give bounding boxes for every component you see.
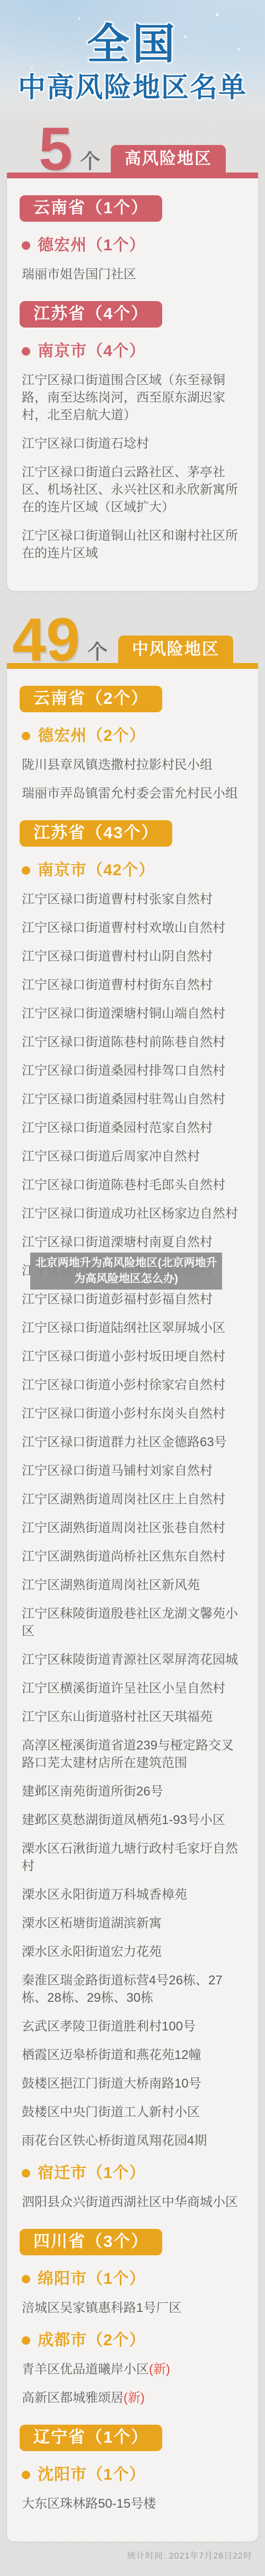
risk-area-text: 秦淮区瑞金路街道标营4号26栋、27栋、28栋、29栋、30栋	[22, 1973, 223, 2005]
risk-area-text: 江宁区禄口街道马铺村刘家自然村	[22, 1464, 213, 1478]
risk-area-item: 江宁区湖熟街道周岗社区庄上自然村	[22, 1491, 243, 1508]
risk-area-item: 江宁区禄口街道成功社区杨家边自然村	[22, 1205, 243, 1222]
risk-area-text: 江宁区禄口街道曹村村山阴自然村	[22, 949, 213, 964]
risk-area-text: 建邺区南苑街道所街26号	[22, 1784, 163, 1799]
risk-area-item: 陇川县章凤镇迭撒村拉影村民小组	[22, 756, 243, 774]
risk-area-item: 江宁区湖熟街道周岗社区新风苑	[22, 1576, 243, 1594]
city-row: 宿迁市（1个）	[22, 2164, 243, 2182]
bullet-icon	[22, 2275, 30, 2283]
risk-area-item: 江宁区禄口街道群力社区金德路63号	[22, 1434, 243, 1451]
bullet-icon	[22, 2471, 30, 2479]
risk-area-item: 江宁区湖熟街道尚桥社区焦东自然村	[22, 1548, 243, 1565]
risk-area-text: 江宁区禄口街道小彭村坂田埂自然村	[22, 1349, 225, 1364]
province-label: 四川省（3个）	[20, 2229, 162, 2255]
risk-area-item: 高新区都城雅颂居(新)	[22, 2389, 243, 2407]
bullet-icon	[22, 2169, 30, 2178]
risk-area-text: 江宁区东山街道骆村社区天琪福苑	[22, 1710, 213, 1724]
city-name: 德宏州（2个）	[38, 727, 146, 745]
risk-area-item: 江宁区禄口街道小彭村坂田埂自然村	[22, 1348, 243, 1365]
province-label: 云南省（2个）	[20, 686, 162, 712]
risk-area-item: 江宁区禄口街道小彭村东岗头自然村	[22, 1405, 243, 1422]
watermark-overlay: 北京两地升为高风险地区(北京两地升为高风险地区怎么办)	[30, 1253, 222, 1290]
province-block: 江苏省（43个）南京市（42个）江宁区禄口街道曹村村张家自然村江宁区禄口街道曹村…	[22, 820, 243, 2211]
risk-area-item: 江宁区禄口街道围合区域（东至禄铜路，南至达练岗河，西至原东湖迟家村，北至启航大道…	[22, 371, 243, 424]
bullet-icon	[22, 241, 30, 250]
risk-area-text: 江宁区禄口街道桑园村驻驾山自然村	[22, 1092, 225, 1106]
risk-area-text: 鼓楼区挹江门街道大桥南路10号	[22, 2076, 201, 2091]
new-badge: (新)	[149, 2362, 170, 2377]
risk-area-item: 江宁区禄口街道桑园村驻驾山自然村	[22, 1091, 243, 1108]
risk-area-item: 江宁区禄口街道溧塘村南夏自然村	[22, 1233, 243, 1251]
city-row: 德宏州（1个）	[22, 237, 243, 255]
medium-risk-banner: 49 个 中风险地区	[0, 616, 265, 663]
high-risk-banner-label: 高风险地区	[111, 145, 226, 173]
medium-risk-section: 49 个 中风险地区 云南省（2个）德宏州（2个）陇川县章凤镇迭撒村拉影村民小组…	[0, 616, 265, 2542]
risk-area-item: 玄武区孝陵卫街道胜利村100号	[22, 2018, 243, 2035]
risk-area-item: 瑞丽市弄岛镇雷允村委会雷允村民小组	[22, 785, 243, 802]
bullet-icon	[22, 2336, 30, 2345]
risk-area-text: 鼓楼区中央门街道工人新村小区	[22, 2105, 200, 2119]
risk-area-text: 栖霞区迈皋桥街道和燕花苑12幢	[22, 2048, 201, 2062]
risk-area-text: 江宁区禄口街道陆纲社区翠屏城小区	[22, 1321, 225, 1335]
province-block: 云南省（2个）德宏州（2个）陇川县章凤镇迭撒村拉影村民小组瑞丽市弄岛镇雷允村委会…	[22, 686, 243, 802]
risk-area-item: 溧水区石湫街道九塘行政村毛家圩自然村	[22, 1840, 243, 1875]
risk-area-item: 高淳区桠溪街道省道239与桠定路交叉路口芜太建材店所在建筑范围	[22, 1737, 243, 1772]
city-name: 宿迁市（1个）	[38, 2164, 146, 2182]
province-block: 云南省（1个）德宏州（1个）瑞丽市姐告国门社区	[22, 195, 243, 283]
city-row: 南京市（4个）	[22, 342, 243, 360]
risk-area-text: 江宁区禄口街道曹村村街东自然村	[22, 978, 213, 992]
risk-area-text: 大东区珠林路50-15号楼	[22, 2497, 156, 2511]
risk-area-item: 江宁区禄口街道后周家冲自然村	[22, 1148, 243, 1165]
risk-area-item: 溧水区永阳街道万科城香樟苑	[22, 1886, 243, 1903]
risk-area-item: 建邺区莫愁湖街道凤栖苑1-93号小区	[22, 1811, 243, 1829]
risk-area-item: 江宁区秣陵街道殷巷社区龙湖文馨苑小区	[22, 1605, 243, 1640]
risk-area-item: 鼓楼区中央门街道工人新村小区	[22, 2103, 243, 2121]
risk-area-item: 江宁区禄口街道埂方村基蓬自然村北京两地升为高风险地区(北京两地升为高风险地区怎么…	[22, 1262, 243, 1280]
province-block: 江苏省（4个）南京市（4个）江宁区禄口街道围合区域（东至禄铜路，南至达练岗河，西…	[22, 301, 243, 562]
risk-area-text: 江宁区禄口街道彭福村彭福自然村	[22, 1292, 213, 1307]
high-risk-banner: 5 个 高风险地区	[0, 126, 265, 173]
risk-area-item: 溧水区柘塘街道湖滨新寓	[22, 1915, 243, 1932]
risk-area-item: 江宁区禄口街道曹村村欢墩山自然村	[22, 919, 243, 937]
risk-area-text: 江宁区禄口街道桑园村排驾口自然村	[22, 1064, 225, 1078]
province-label: 江苏省（4个）	[20, 301, 162, 328]
risk-area-text: 泗阳县众兴街道西湖社区中华商城小区	[22, 2195, 238, 2209]
risk-area-item: 江宁区禄口街道溧塘村铜山端自然村	[22, 1005, 243, 1022]
province-block: 四川省（3个）绵阳市（1个）涪城区吴家镇惠科路1号厂区成都市（2个）青羊区优品道…	[22, 2229, 243, 2407]
risk-area-item: 江宁区禄口街道曹村村街东自然村	[22, 976, 243, 994]
province-label: 辽宁省（1个）	[20, 2425, 162, 2451]
city-row: 成都市（2个）	[22, 2332, 243, 2350]
risk-area-text: 青羊区优品道曦岸小区	[22, 2362, 149, 2377]
high-risk-section: 5 个 高风险地区 云南省（1个）德宏州（1个）瑞丽市姐告国门社区江苏省（4个）…	[0, 126, 265, 591]
risk-area-item: 江宁区禄口街道马铺村刘家自然村	[22, 1462, 243, 1480]
bullet-icon	[22, 866, 30, 875]
risk-area-text: 涪城区吴家镇惠科路1号厂区	[22, 2301, 181, 2315]
risk-area-item: 涪城区吴家镇惠科路1号厂区	[22, 2299, 243, 2317]
city-name: 德宏州（1个）	[38, 237, 146, 255]
risk-area-item: 栖霞区迈皋桥街道和燕花苑12幢	[22, 2046, 243, 2064]
risk-area-item: 大东区珠林路50-15号楼	[22, 2495, 243, 2512]
risk-area-text: 江宁区禄口街道群力社区金德路63号	[22, 1435, 227, 1449]
risk-area-text: 溧水区永阳街道万科城香樟苑	[22, 1888, 187, 1902]
risk-area-text: 高新区都城雅颂居	[22, 2391, 123, 2405]
poster-footer: 统计时间: 2021年7月28日22时	[0, 2542, 265, 2576]
risk-area-item: 青羊区优品道曦岸小区(新)	[22, 2361, 243, 2378]
risk-area-text: 江宁区禄口街道溧塘村南夏自然村	[22, 1235, 213, 1249]
high-risk-card: 云南省（1个）德宏州（1个）瑞丽市姐告国门社区江苏省（4个）南京市（4个）江宁区…	[7, 178, 258, 591]
risk-area-item: 鼓楼区挹江门街道大桥南路10号	[22, 2075, 243, 2092]
risk-area-text: 江宁区禄口街道陈巷村前陈巷自然村	[22, 1035, 225, 1049]
stat-time: 统计时间: 2021年7月28日22时	[127, 2552, 252, 2561]
risk-area-text: 江宁区禄口街道围合区域（东至禄铜路，南至达练岗河，西至原东湖迟家村，北至启航大道…	[22, 373, 225, 422]
risk-area-text: 江宁区禄口街道小彭村东岗头自然村	[22, 1407, 225, 1421]
bullet-icon	[22, 347, 30, 356]
risk-area-item: 建邺区南苑街道所街26号	[22, 1783, 243, 1800]
risk-area-text: 瑞丽市姐告国门社区	[22, 267, 136, 282]
risk-area-text: 江宁区湖熟街道周岗社区庄上自然村	[22, 1492, 225, 1507]
city-row: 绵阳市（1个）	[22, 2270, 243, 2288]
risk-area-item: 江宁区禄口街道石埝村	[22, 435, 243, 452]
high-risk-count-unit: 个	[80, 151, 100, 173]
risk-area-text: 陇川县章凤镇迭撒村拉影村民小组	[22, 758, 213, 772]
risk-area-item: 溧水区永阳街道宏力花苑	[22, 1943, 243, 1961]
risk-area-item: 秦淮区瑞金路街道标营4号26栋、27栋、28栋、29栋、30栋	[22, 1972, 243, 2007]
risk-area-text: 江宁区湖熟街道尚桥社区焦东自然村	[22, 1549, 225, 1564]
risk-area-item: 江宁区禄口街道白云路社区、茅亭社区、机场社区、永兴社区和永欣新寓所在的连片区域（…	[22, 464, 243, 516]
city-row: 沈阳市（1个）	[22, 2466, 243, 2484]
city-row: 德宏州（2个）	[22, 727, 243, 745]
main-title: 全国	[0, 22, 265, 67]
risk-area-text: 玄武区孝陵卫街道胜利村100号	[22, 2019, 196, 2034]
medium-risk-count-unit: 个	[87, 642, 108, 663]
city-name: 沈阳市（1个）	[38, 2466, 146, 2484]
city-name: 南京市（42个）	[38, 861, 155, 879]
risk-area-item: 江宁区禄口街道陆纲社区翠屏城小区	[22, 1319, 243, 1337]
medium-risk-count: 49	[12, 616, 80, 663]
risk-area-text: 江宁区禄口街道溧塘村铜山端自然村	[22, 1006, 225, 1021]
risk-area-text: 建邺区莫愁湖街道凤栖苑1-93号小区	[22, 1813, 225, 1827]
risk-area-text: 江宁区湖熟街道周岗社区张巷自然村	[22, 1521, 225, 1535]
risk-area-text: 江宁区禄口街道桑园村范家自然村	[22, 1121, 213, 1135]
risk-area-text: 溧水区永阳街道宏力花苑	[22, 1945, 162, 1959]
poster-header: 全国 中高风险地区名单	[0, 0, 265, 123]
city-name: 南京市（4个）	[38, 342, 146, 360]
risk-area-item: 江宁区秣陵街道青源社区翠屏湾花园城	[22, 1651, 243, 1668]
risk-area-text: 江宁区禄口街道陈巷村毛郎头自然村	[22, 1178, 225, 1192]
risk-area-text: 江宁区秣陵街道殷巷社区龙湖文馨苑小区	[22, 1607, 238, 1638]
risk-area-text: 江宁区横溪街道许呈社区小呈自然村	[22, 1681, 225, 1695]
risk-area-text: 溧水区石湫街道九塘行政村毛家圩自然村	[22, 1842, 238, 1873]
risk-area-text: 江宁区禄口街道白云路社区、茅亭社区、机场社区、永兴社区和永欣新寓所在的连片区域（…	[22, 465, 238, 514]
city-row: 南京市（42个）	[22, 861, 243, 879]
risk-area-text: 溧水区柘塘街道湖滨新寓	[22, 1916, 162, 1930]
risk-area-item: 江宁区禄口街道小彭村徐家宕自然村	[22, 1376, 243, 1394]
medium-risk-card: 云南省（2个）德宏州（2个）陇川县章凤镇迭撒村拉影村民小组瑞丽市弄岛镇雷允村委会…	[7, 669, 258, 2542]
risk-area-text: 雨花台区铁心桥街道凤翔花园4期	[22, 2134, 207, 2148]
risk-area-item: 江宁区禄口街道曹村村山阴自然村	[22, 948, 243, 965]
risk-area-text: 江宁区禄口街道石埝村	[22, 437, 149, 451]
risk-area-item: 江宁区横溪街道许呈社区小呈自然村	[22, 1680, 243, 1697]
city-name: 成都市（2个）	[38, 2332, 146, 2350]
risk-area-item: 江宁区禄口街道曹村村张家自然村	[22, 891, 243, 908]
province-block: 辽宁省（1个）沈阳市（1个）大东区珠林路50-15号楼	[22, 2425, 243, 2512]
risk-area-text: 江宁区禄口街道曹村村张家自然村	[22, 892, 213, 906]
risk-area-item: 江宁区禄口街道彭福村彭福自然村	[22, 1291, 243, 1308]
risk-area-text: 江宁区禄口街道铜山社区和谢村社区所在的连片区域	[22, 529, 238, 560]
risk-area-item: 江宁区禄口街道桑园村范家自然村	[22, 1119, 243, 1137]
risk-area-item: 江宁区禄口街道陈巷村前陈巷自然村	[22, 1033, 243, 1051]
province-label: 云南省（1个）	[20, 195, 162, 222]
province-label: 江苏省（43个）	[20, 820, 172, 847]
risk-area-text: 江宁区秣陵街道青源社区翠屏湾花园城	[22, 1653, 238, 1667]
sub-title: 中高风险地区名单	[0, 73, 265, 103]
risk-area-item: 江宁区禄口街道陈巷村毛郎头自然村	[22, 1176, 243, 1194]
risk-area-item: 江宁区东山街道骆村社区天琪福苑	[22, 1708, 243, 1726]
risk-area-text: 江宁区禄口街道成功社区杨家边自然村	[22, 1207, 238, 1221]
risk-area-item: 雨花台区铁心桥街道凤翔花园4期	[22, 2132, 243, 2149]
new-badge: (新)	[123, 2391, 145, 2405]
risk-area-text: 江宁区禄口街道小彭村徐家宕自然村	[22, 1378, 225, 1392]
risk-area-item: 瑞丽市姐告国门社区	[22, 266, 243, 283]
risk-area-text: 瑞丽市弄岛镇雷允村委会雷允村民小组	[22, 786, 238, 801]
medium-risk-banner-label: 中风险地区	[118, 636, 233, 663]
risk-area-item: 江宁区湖熟街道周岗社区张巷自然村	[22, 1519, 243, 1537]
risk-area-text: 江宁区禄口街道后周家冲自然村	[22, 1149, 200, 1164]
risk-area-poster: 全国 中高风险地区名单 5 个 高风险地区 云南省（1个）德宏州（1个）瑞丽市姐…	[0, 0, 265, 2576]
city-name: 绵阳市（1个）	[38, 2270, 146, 2288]
risk-area-item: 江宁区禄口街道铜山社区和谢村社区所在的连片区域	[22, 527, 243, 562]
bullet-icon	[22, 732, 30, 740]
risk-area-text: 江宁区湖熟街道周岗社区新风苑	[22, 1578, 200, 1592]
risk-area-text: 江宁区禄口街道曹村村欢墩山自然村	[22, 921, 225, 935]
risk-area-item: 江宁区禄口街道桑园村排驾口自然村	[22, 1062, 243, 1080]
risk-area-text: 高淳区桠溪街道省道239与桠定路交叉路口芜太建材店所在建筑范围	[22, 1738, 234, 1770]
high-risk-count: 5	[39, 126, 73, 173]
risk-area-item: 泗阳县众兴街道西湖社区中华商城小区	[22, 2193, 243, 2211]
